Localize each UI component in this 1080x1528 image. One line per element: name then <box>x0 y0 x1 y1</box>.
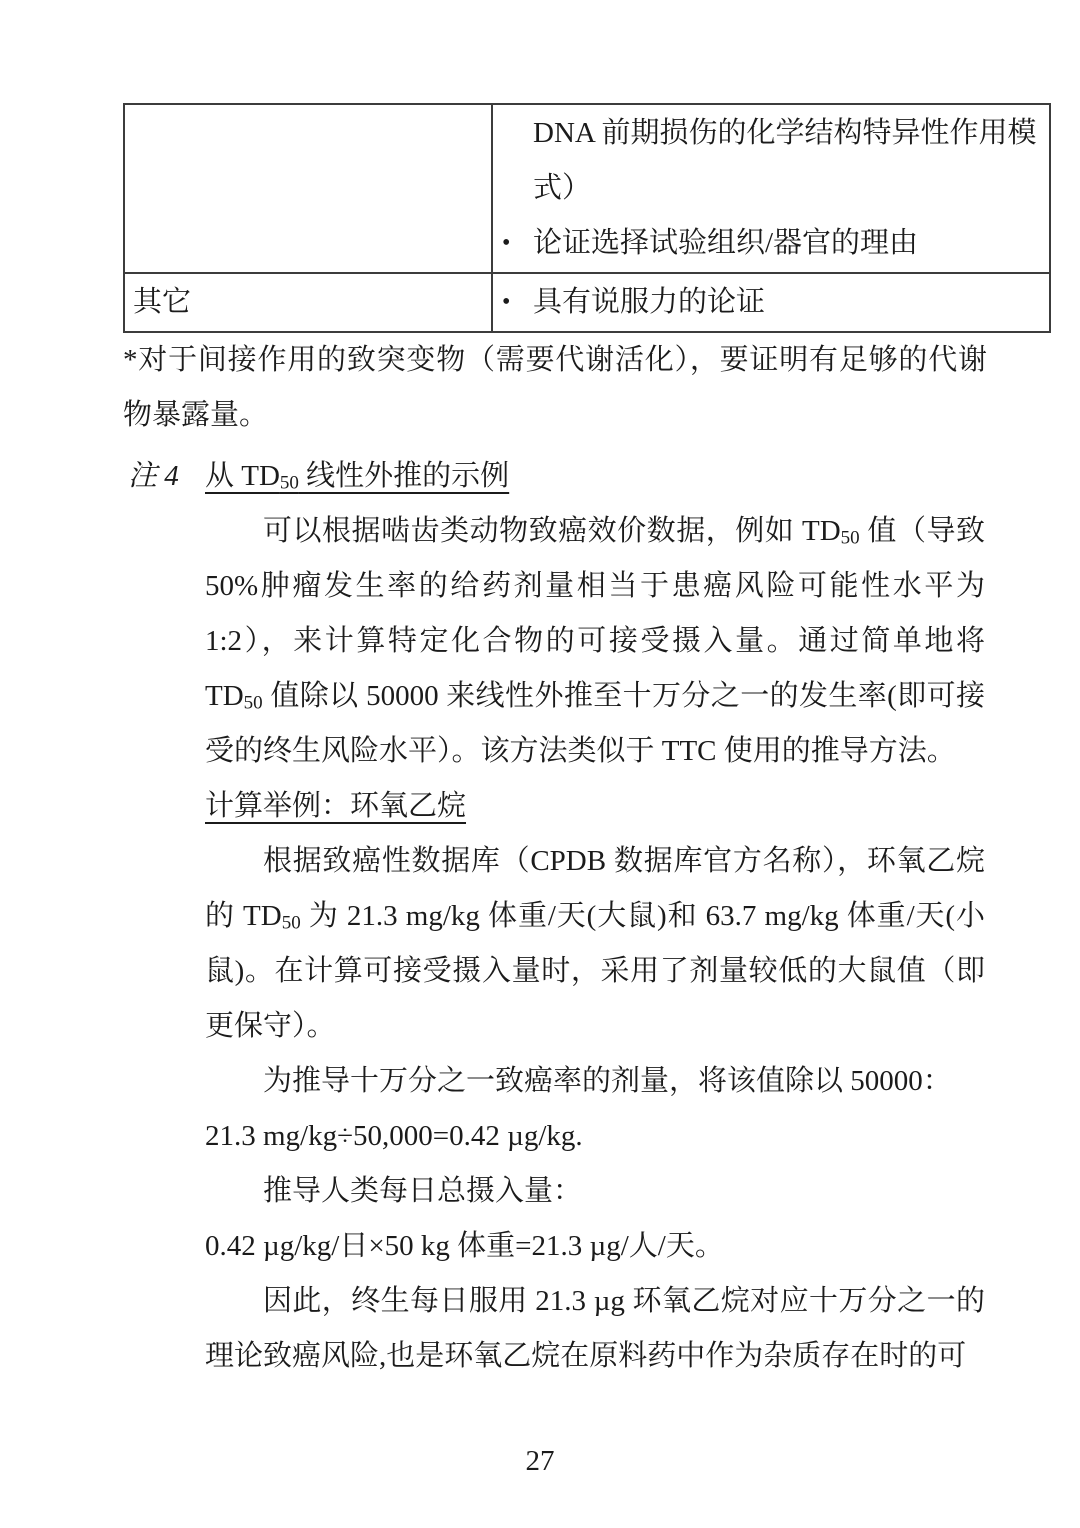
document-page: DNA 前期损伤的化学结构特异性作用模式） • 论证选择试验组织/器官的理由 其… <box>0 0 1080 1528</box>
td50-subscript: 50 <box>280 472 299 493</box>
page-number: 27 <box>0 1434 1080 1489</box>
note4-heading-text: 线性外推的示例 <box>299 460 509 492</box>
list-item-text: 论证选择试验组织/器官的理由 <box>533 227 918 259</box>
td50-subscript: 50 <box>841 527 860 548</box>
note4-paragraph-1: 可以根据啮齿类动物致癌效价数据，例如 TD50 值（导致50%肿瘤发生率的给药剂… <box>205 504 985 779</box>
td50-subscript: 50 <box>282 912 301 933</box>
list-item-text: DNA 前期损伤的化学结构特异性作用模式） <box>533 117 1036 204</box>
dose-formula-line: 21.3 mg/kg÷50,000=0.42 µg/kg. <box>205 1109 985 1164</box>
table-row: 其它 • 具有说服力的论证 <box>124 273 1050 332</box>
list-item: • 具有说服力的论证 <box>533 275 1043 330</box>
intake-formula-line: 0.42 µg/kg/日×50 kg 体重=21.3 µg/人/天。 <box>205 1219 985 1274</box>
daily-intake-intro-line: 推导人类每日总摄入量： <box>205 1164 985 1219</box>
list-item-text: 具有说服力的论证 <box>533 286 765 318</box>
example-paragraph: 根据致癌性数据库（CPDB 数据库官方名称），环氧乙烷的 TD50 为 21.3… <box>205 834 985 1054</box>
continuation-table: DNA 前期损伤的化学结构特异性作用模式） • 论证选择试验组织/器官的理由 其… <box>123 103 1051 333</box>
calc-example-heading: 计算举例：环氧乙烷 <box>205 779 985 834</box>
table-cell-right: • 具有说服力的论证 <box>492 273 1050 332</box>
table-footnote: *对于间接作用的致突变物（需要代谢活化），要证明有足够的代谢物暴露量。 <box>123 333 987 443</box>
table-cell-left: 其它 <box>124 273 492 332</box>
note4-heading: 从 TD50 线性外推的示例 <box>205 449 985 504</box>
note4-label: 注 4 <box>128 449 205 1384</box>
td50-subscript: 50 <box>244 692 263 713</box>
note4-section: 注 4 从 TD50 线性外推的示例 可以根据啮齿类动物致癌效价数据，例如 TD… <box>128 449 1080 1384</box>
paragraph-text: 为 21.3 mg/kg 体重/天(大鼠)和 63.7 mg/kg 体重/天(小… <box>205 900 985 1042</box>
list-item-continuation: DNA 前期损伤的化学结构特异性作用模式） <box>533 106 1043 216</box>
list-item: • 论证选择试验组织/器官的理由 <box>533 216 1043 271</box>
bullet-icon: • <box>502 275 510 330</box>
paragraph-text: 可以根据啮齿类动物致癌效价数据，例如 TD <box>263 515 841 547</box>
derivation-intro-line: 为推导十万分之一致癌率的剂量，将该值除以 50000： <box>205 1054 985 1109</box>
note4-body: 从 TD50 线性外推的示例 可以根据啮齿类动物致癌效价数据，例如 TD50 值… <box>205 449 985 1384</box>
table-row: DNA 前期损伤的化学结构特异性作用模式） • 论证选择试验组织/器官的理由 <box>124 104 1050 273</box>
conclusion-paragraph: 因此，终生每日服用 21.3 µg 环氧乙烷对应十万分之一的理论致癌风险,也是环… <box>205 1274 985 1384</box>
paragraph-text: 值除以 50000 来线性外推至十万分之一的发生率(即可接受的终生风险水平）。该… <box>205 680 985 767</box>
note4-heading-text: 从 TD <box>205 460 280 492</box>
bullet-icon: • <box>502 216 510 271</box>
table-cell-left-empty <box>124 104 492 273</box>
table-cell-right: DNA 前期损伤的化学结构特异性作用模式） • 论证选择试验组织/器官的理由 <box>492 104 1050 273</box>
